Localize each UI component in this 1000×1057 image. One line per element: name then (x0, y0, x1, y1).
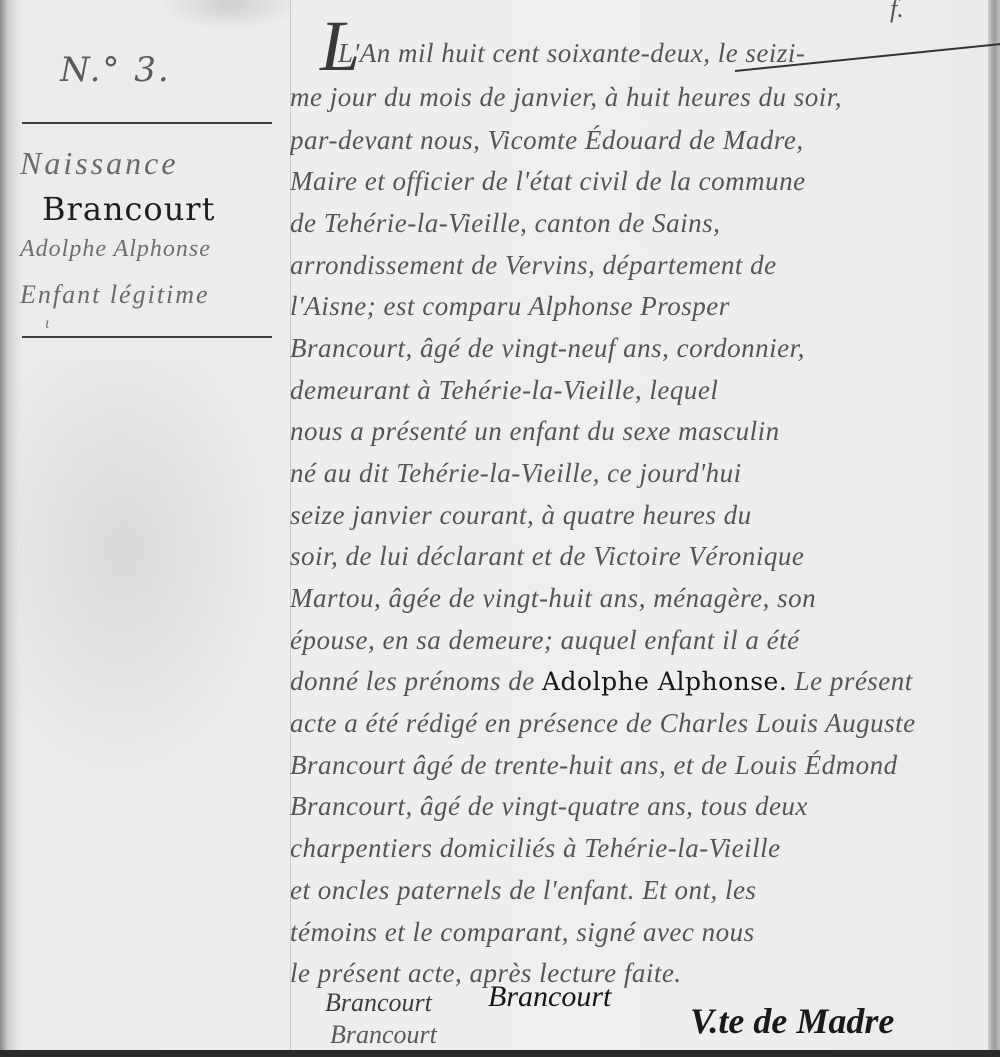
text-line: seize janvier courant, à quatre heures d… (290, 500, 988, 531)
text-line: né au dit Tehérie-la-Vieille, ce jourd'h… (290, 458, 988, 489)
text-line: nous a présenté un enfant du sexe mascul… (290, 416, 988, 447)
text-line: témoins et le comparant, signé avec nous (290, 917, 988, 948)
paper-stain (20, 360, 280, 780)
signature: Brancourt (488, 980, 611, 1014)
top-fragment: f. (890, 0, 904, 24)
signature: Brancourt (330, 1020, 437, 1050)
text-line: Brancourt, âgé de vingt-quatre ans, tous… (290, 791, 988, 822)
mayor-signature: V.te de Madre (690, 1000, 894, 1042)
text-fragment: donné les prénoms de (290, 666, 535, 696)
text-line: L'An mil huit cent soixante-deux, le sei… (338, 38, 988, 69)
text-line: soir, de lui déclarant et de Victoire Vé… (290, 541, 988, 572)
text-line: demeurant à Tehérie-la-Vieille, lequel (290, 375, 988, 406)
text-line: et oncles paternels de l'enfant. Et ont,… (290, 875, 988, 906)
margin-act-type: Naissance (20, 145, 179, 182)
text-line: acte a été rédigé en présence de Charles… (290, 708, 988, 739)
text-line: Brancourt âgé de trente-huit ans, et de … (290, 750, 988, 781)
child-name: Adolphe Alphonse. (542, 667, 787, 696)
text-line: épouse, en sa demeure; auquel enfant il … (290, 625, 988, 656)
paper-stain (160, 0, 300, 30)
text-line-with-name: donné les prénoms de Adolphe Alphonse. L… (290, 666, 988, 697)
margin-status: Enfant légitime (20, 280, 210, 310)
page-edge (988, 0, 1000, 1057)
text-line: Martou, âgée de vingt-huit ans, ménagère… (290, 583, 988, 614)
margin-divider (22, 336, 272, 338)
register-page: N.° 3. Naissance Brancourt Adolphe Alpho… (0, 0, 1000, 1057)
text-line: me jour du mois de janvier, à huit heure… (290, 82, 988, 113)
entry-number: N.° 3. (60, 50, 171, 90)
signature: Brancourt (325, 988, 432, 1018)
margin-forenames: Adolphe Alphonse (20, 236, 211, 263)
text-fragment: Le présent (795, 666, 913, 696)
text-line: Brancourt, âgé de vingt-neuf ans, cordon… (290, 333, 988, 364)
margin-tick: ι (45, 315, 49, 333)
text-line: charpentiers domiciliés à Tehérie-la-Vie… (290, 833, 988, 864)
act-body: f. L L'An mil huit cent soixante-deux, l… (290, 0, 988, 1057)
margin-surname: Brancourt (42, 190, 215, 228)
margin-divider (22, 122, 272, 124)
text-line: de Tehérie-la-Vieille, canton de Sains, (290, 208, 988, 239)
text-line: l'Aisne; est comparu Alphonse Prosper (290, 291, 988, 322)
text-line: Maire et officier de l'état civil de la … (290, 166, 988, 197)
text-line: par-devant nous, Vicomte Édouard de Madr… (290, 125, 988, 156)
text-line: arrondissement de Vervins, département d… (290, 250, 988, 281)
